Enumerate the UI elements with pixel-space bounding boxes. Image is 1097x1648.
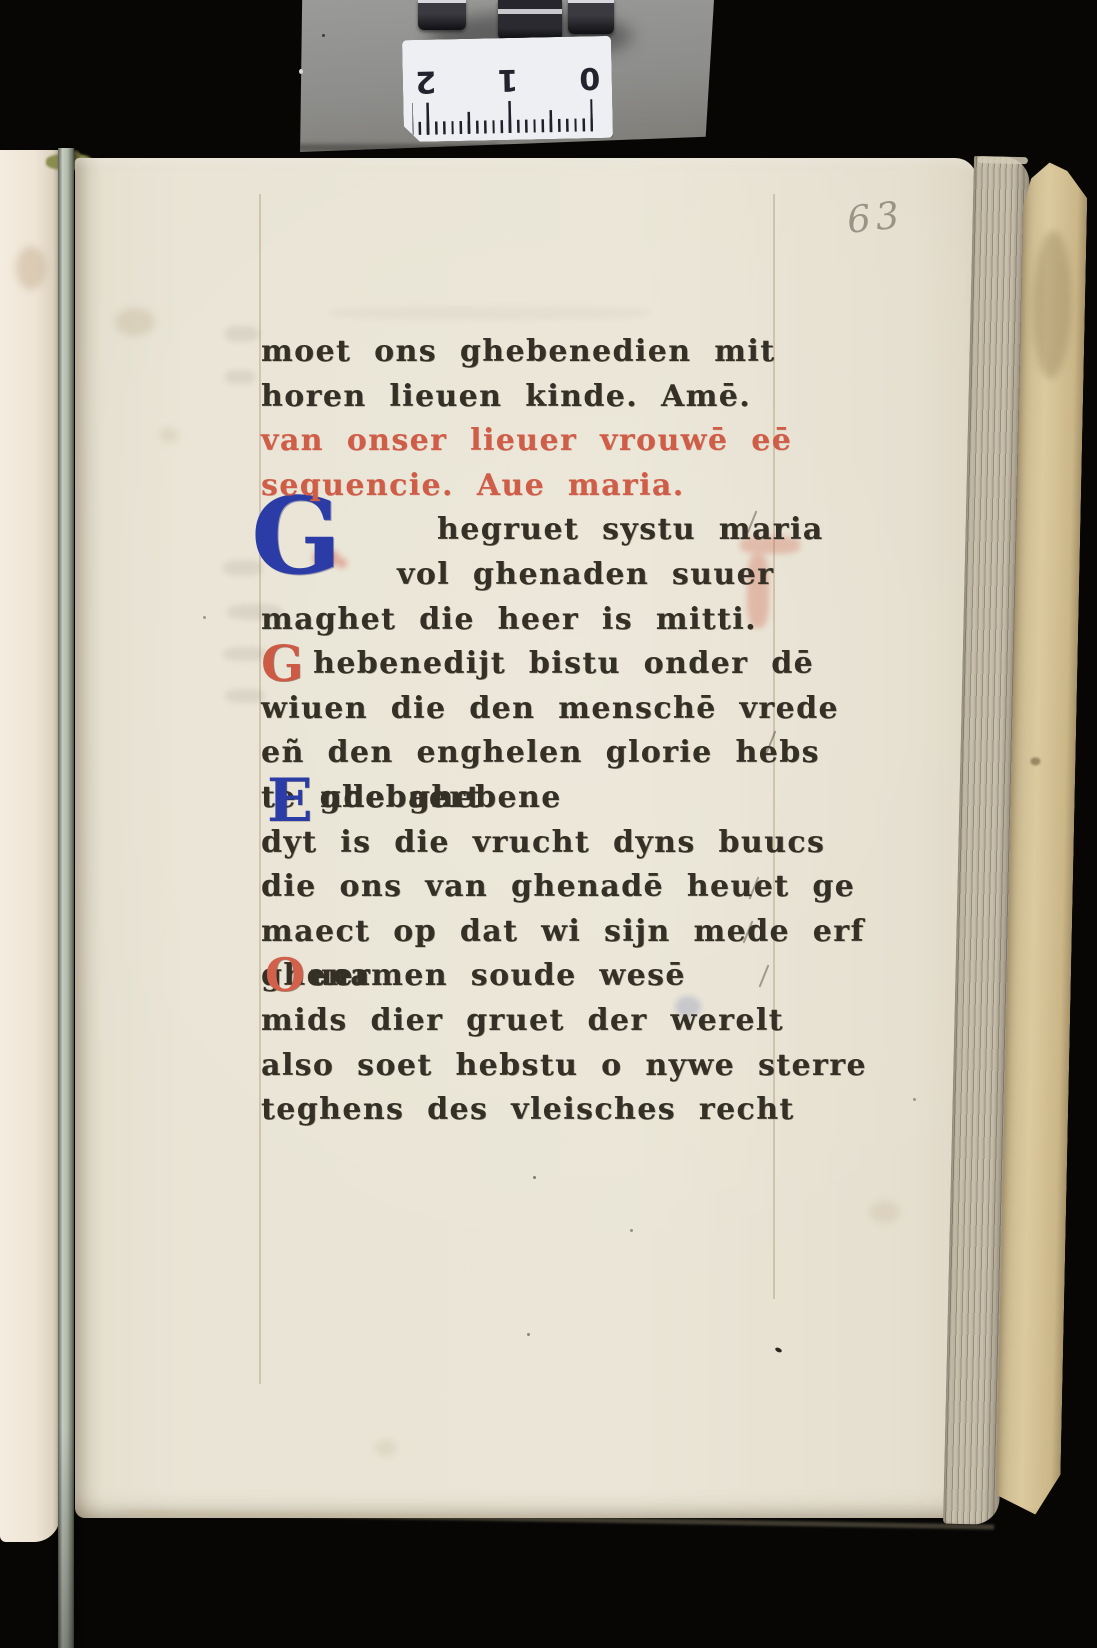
speck [533, 1176, 536, 1179]
ruler-ticks-cm [412, 99, 593, 135]
binder-clip-icon [498, 0, 562, 40]
stack-top-edge [978, 156, 1029, 164]
manuscript-line: dyt is die vrucht dyns buucs [261, 821, 781, 866]
glass-strip [58, 148, 74, 1648]
stain [115, 308, 155, 336]
manuscript-line: also soet hebstu o nywe sterre [261, 1044, 781, 1089]
show-through-mark [330, 306, 650, 320]
manuscript-line: te ghebaertEnde ghebene [261, 776, 781, 821]
stain [870, 1201, 900, 1223]
binder-clip-icon [418, 0, 466, 30]
manuscript-line: maghet die heer is mitti. [261, 598, 781, 643]
initial-G-red: G [261, 634, 305, 693]
manuscript-line: Ghebenedijt bistu onder dē [261, 642, 781, 687]
speck [299, 69, 303, 74]
cover-spot [1031, 757, 1041, 765]
initial-O-red: O [265, 948, 306, 1002]
manuscript-line: teghens des vleisches recht [261, 1088, 781, 1133]
ruler-label-1: 1 [495, 62, 520, 97]
ruler-label-0: 0 [577, 60, 602, 95]
text-block: G moet ons ghebenedien mit horen lieuen … [261, 330, 781, 1133]
manuscript-line: vol ghenaden suuer [261, 553, 781, 598]
speck [913, 1098, 916, 1101]
binder-clip-icon [568, 0, 614, 34]
rubric-line: sequencie. Aue maria. [261, 464, 781, 509]
manuscript-page: 63 G moet o [75, 158, 977, 1518]
manuscript-line: eñ den enghelen glorie hebs [261, 731, 781, 776]
glass-strip-shadow [58, 1428, 74, 1648]
stain [375, 1440, 397, 1456]
line-text: nde ghebene [320, 776, 562, 821]
show-through-mark [225, 689, 265, 703]
show-through-mark [225, 370, 255, 384]
mount-bottom-shadow [298, 144, 498, 152]
rubric-line: van onser lieuer vrouwē eē [261, 419, 781, 464]
manuscript-line: maect op dat wi sijn mede erf [261, 910, 781, 955]
show-through-mark [225, 326, 259, 342]
ruler-label-2: 2 [413, 63, 438, 98]
facing-page-edge [0, 150, 60, 1542]
stain [160, 428, 178, 442]
manuscript-line: die ons van ghenadē heuet ge [261, 865, 781, 910]
manuscript-line: hegruet systu maria [261, 508, 781, 553]
folio-number: 63 [845, 193, 906, 242]
manuscript-line: horen lieuen kinde. Amē. [261, 375, 781, 420]
mount-bottom-edge [485, 143, 710, 153]
manuscript-photo: 63 G moet o [0, 0, 1097, 1648]
line-text: uer [310, 954, 371, 999]
speck [630, 1229, 633, 1232]
speck [322, 34, 325, 37]
manuscript-line: moet ons ghebenedien mit [261, 330, 781, 375]
stain [16, 246, 46, 290]
speck [203, 616, 206, 619]
cover-shading [1031, 230, 1072, 379]
speck [774, 1347, 782, 1354]
ruler-scale: 2 1 0 [402, 36, 613, 142]
manuscript-line: mids dier gruet der werelt [261, 999, 781, 1044]
line-text: hebenedijt bistu onder dē [313, 642, 814, 687]
manuscript-line: wiuen die den menschē vrede [261, 687, 781, 732]
manuscript-line: ghenamen soude wesēOuer [261, 954, 781, 999]
speck [527, 1333, 530, 1336]
